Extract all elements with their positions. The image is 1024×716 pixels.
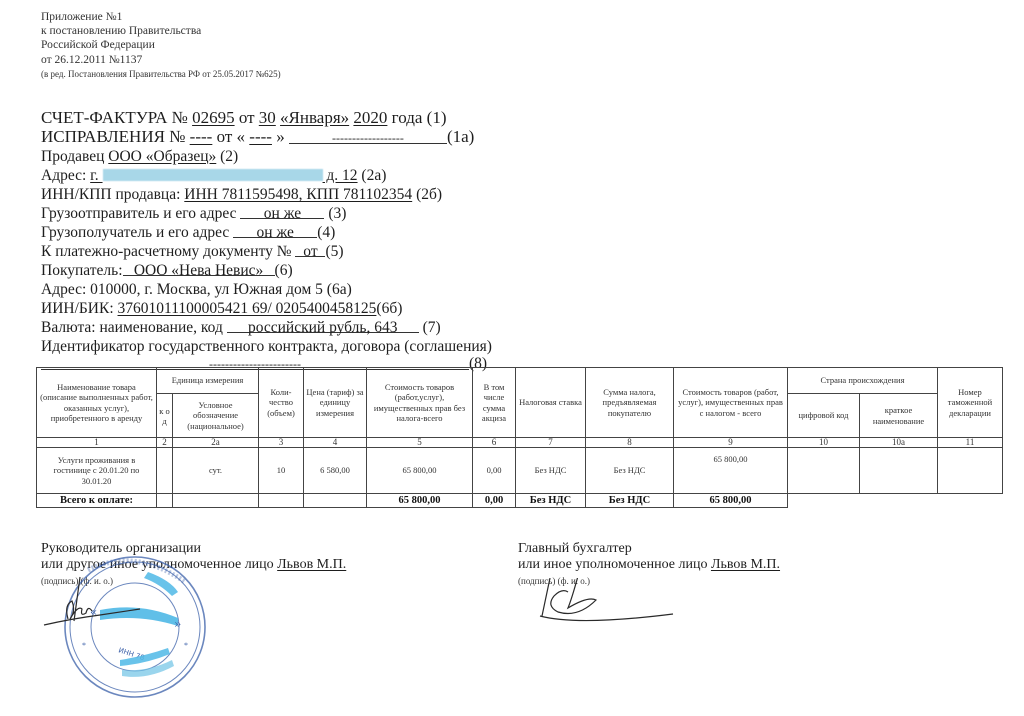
seller-address-code: (2а) <box>358 167 387 184</box>
total-empty <box>173 494 259 508</box>
col-num: 5 <box>367 438 473 448</box>
seller-address-end: д. 12 <box>323 167 358 184</box>
payment-doc-label: К платежно-расчетному документу № <box>41 243 295 260</box>
seller-inn-label: ИНН/КПП продавца: <box>41 186 184 203</box>
consignee-line: Грузополучатель и его адрес он же(4) <box>41 223 335 242</box>
header-excise: В том числе сумма акциза <box>473 368 516 438</box>
invoice-table: Наименование товара (описание выполненны… <box>36 367 1003 508</box>
currency-value: российский рубль, 643 <box>227 318 419 333</box>
correction-prefix: ИСПРАВЛЕНИЯ № <box>41 127 190 146</box>
col-num: 11 <box>938 438 1003 448</box>
shipper-code: (3) <box>324 205 346 222</box>
cell-country-code <box>788 448 860 494</box>
correction-line: ИСПРАВЛЕНИЯ № ---- от « ---- » ---------… <box>41 127 474 146</box>
header-unit-group: Единица измерения <box>157 368 259 394</box>
correction-close: » <box>272 127 285 146</box>
title-suffix: года (1) <box>387 108 446 127</box>
correction-day: ---- <box>249 127 272 146</box>
total-cost-with-tax: 65 800,00 <box>674 494 788 508</box>
buyer-inn-line: ИИН/БИК: 37601011100005421 69/ 020540045… <box>41 299 402 318</box>
annex-line-5: (в ред. Постановления Правительства РФ о… <box>41 67 281 81</box>
accountant-line2: или иное уполномоченное лицо Львов М.П. <box>518 557 780 573</box>
col-num: 4 <box>304 438 367 448</box>
cell-unit-code <box>157 448 173 494</box>
header-tax-amount: Сумма налога, предъявляемая покупателю <box>586 368 674 438</box>
cell-unit-name: сут. <box>173 448 259 494</box>
header-country-name: краткое наименование <box>860 394 938 438</box>
column-numbers-row: 1 2 2а 3 4 5 6 7 8 9 10 10а 11 <box>37 438 1003 448</box>
shipper-label: Грузоотправитель и его адрес <box>41 205 240 222</box>
seller-name: ООО «Образец» <box>108 148 216 165</box>
header-quantity: Коли-чество (объем) <box>259 368 304 438</box>
cell-name: Услуги проживания в гостинице с 20.01.20… <box>37 448 157 494</box>
seller-code: (2) <box>216 148 238 165</box>
total-label: Всего к оплате: <box>37 494 157 508</box>
currency-line: Валюта: наименование, код российский руб… <box>41 318 441 337</box>
header-cost-with-tax: Стоимость товаров (работ, услуг), имущес… <box>674 368 788 438</box>
shipper-value: он же <box>240 204 324 219</box>
buyer-address: Адрес: 010000, г. Москва, ул Южная дом 5… <box>41 280 352 299</box>
col-num: 10а <box>860 438 938 448</box>
cell-tax-amount: Без НДС <box>586 448 674 494</box>
total-tax-amount: Без НДС <box>586 494 674 508</box>
currency-label: Валюта: наименование, код <box>41 319 227 336</box>
currency-code: (7) <box>419 319 441 336</box>
title-prefix: СЧЕТ-ФАКТУРА № <box>41 108 192 127</box>
accountant-signature-icon <box>538 578 678 628</box>
total-empty <box>157 494 173 508</box>
col-num: 8 <box>586 438 674 448</box>
redacted-address <box>103 169 323 181</box>
col-num: 7 <box>516 438 586 448</box>
cell-quantity: 10 <box>259 448 304 494</box>
shipper-line: Грузоотправитель и его адрес он же (3) <box>41 204 346 223</box>
cell-excise: 0,00 <box>473 448 516 494</box>
header-unit-code: к о д <box>157 394 173 438</box>
correction-from: от « <box>212 127 249 146</box>
buyer-inn-code: (6б) <box>376 300 402 317</box>
invoice-title: СЧЕТ-ФАКТУРА № 02695 от 30 «Января» 2020… <box>41 108 446 127</box>
correction-number: ---- <box>190 127 213 146</box>
payment-doc-line: К платежно-расчетному документу № от(5) <box>41 242 344 261</box>
buyer-inn-value: 37601011100005421 69/ 0205400458125 <box>118 300 377 317</box>
seller-inn-line: ИНН/КПП продавца: ИНН 7811595498, КПП 78… <box>41 185 442 204</box>
invoice-year: 2020 <box>353 108 387 127</box>
col-num: 1 <box>37 438 157 448</box>
invoice-month: «Января» <box>280 108 349 127</box>
header-country-code: цифровой код <box>788 394 860 438</box>
col-num: 9 <box>674 438 788 448</box>
col-num: 10 <box>788 438 860 448</box>
accountant-title: Главный бухгалтер <box>518 541 780 557</box>
total-empty <box>304 494 367 508</box>
consignee-label: Грузополучатель и его адрес <box>41 224 233 241</box>
correction-blank: ------------------ <box>289 129 447 144</box>
invoice-number: 02695 <box>192 108 235 127</box>
accountant-name: Львов М.П. <box>711 557 780 572</box>
annex-line-3: Российской Федерации <box>41 38 281 52</box>
seller-address-start: г. <box>90 167 102 184</box>
seller-inn-code: (2б) <box>412 186 442 203</box>
buyer-code: (6) <box>275 262 293 279</box>
total-excise: 0,00 <box>473 494 516 508</box>
svg-text:*: * <box>82 641 86 650</box>
cell-tax-rate: Без НДС <box>516 448 586 494</box>
col-num: 3 <box>259 438 304 448</box>
seller-address-line: Адрес: г. д. 12 (2а) <box>41 166 386 185</box>
total-tax-rate: Без НДС <box>516 494 586 508</box>
cell-cost-no-tax: 65 800,00 <box>367 448 473 494</box>
svg-text:»: » <box>174 617 181 631</box>
total-row: Всего к оплате: 65 800,00 0,00 Без НДС Б… <box>37 494 1003 508</box>
correction-code: (1а) <box>447 127 474 146</box>
col-num: 2а <box>173 438 259 448</box>
table-header-row-1: Наименование товара (описание выполненны… <box>37 368 1003 394</box>
col-num: 6 <box>473 438 516 448</box>
header-name: Наименование товара (описание выполненны… <box>37 368 157 438</box>
consignee-value: он же <box>233 223 317 238</box>
head-signature-icon <box>40 575 170 630</box>
seller-label: Продавец <box>41 148 108 165</box>
seller-inn-value: ИНН 7811595498, КПП 781102354 <box>184 186 412 203</box>
cell-price: 6 580,00 <box>304 448 367 494</box>
total-cost-no-tax: 65 800,00 <box>367 494 473 508</box>
seller-address-label: Адрес: <box>41 167 90 184</box>
header-tax-rate: Налоговая ставка <box>516 368 586 438</box>
header-customs: Номер таможенной декларации <box>938 368 1003 438</box>
annex-line-1: Приложение №1 <box>41 10 281 24</box>
cell-customs <box>938 448 1003 494</box>
svg-text:*: * <box>184 641 188 650</box>
invoice-day: 30 <box>259 108 276 127</box>
payment-doc-value: от <box>295 242 325 257</box>
header-cost-no-tax: Стоимость товаров (работ,услуг), имущест… <box>367 368 473 438</box>
seller-line: Продавец ООО «Образец» (2) <box>41 147 238 166</box>
annex-header: Приложение №1 к постановлению Правительс… <box>41 10 281 81</box>
payment-doc-code: (5) <box>325 243 343 260</box>
header-country-group: Страна происхождения <box>788 368 938 394</box>
buyer-label: Покупатель: <box>41 262 123 279</box>
cell-cost-with-tax: 65 800,00 <box>674 448 788 494</box>
buyer-inn-label: ИИН/БИК: <box>41 300 118 317</box>
table-row: Услуги проживания в гостинице с 20.01.20… <box>37 448 1003 494</box>
annex-line-4: от 26.12.2011 №1137 <box>41 53 281 67</box>
title-from: от <box>235 108 259 127</box>
header-price: Цена (тариф) за единицу измерения <box>304 368 367 438</box>
cell-country-name <box>860 448 938 494</box>
total-empty <box>259 494 304 508</box>
consignee-code: (4) <box>317 224 335 241</box>
buyer-name: ООО «Нева Невис» <box>123 261 275 276</box>
header-unit-name: Условное обозначение (национальное) <box>173 394 259 438</box>
buyer-line: Покупатель:ООО «Нева Невис»(6) <box>41 261 293 280</box>
col-num: 2 <box>157 438 173 448</box>
annex-line-2: к постановлению Правительства <box>41 24 281 38</box>
head-name: Львов М.П. <box>277 557 346 572</box>
